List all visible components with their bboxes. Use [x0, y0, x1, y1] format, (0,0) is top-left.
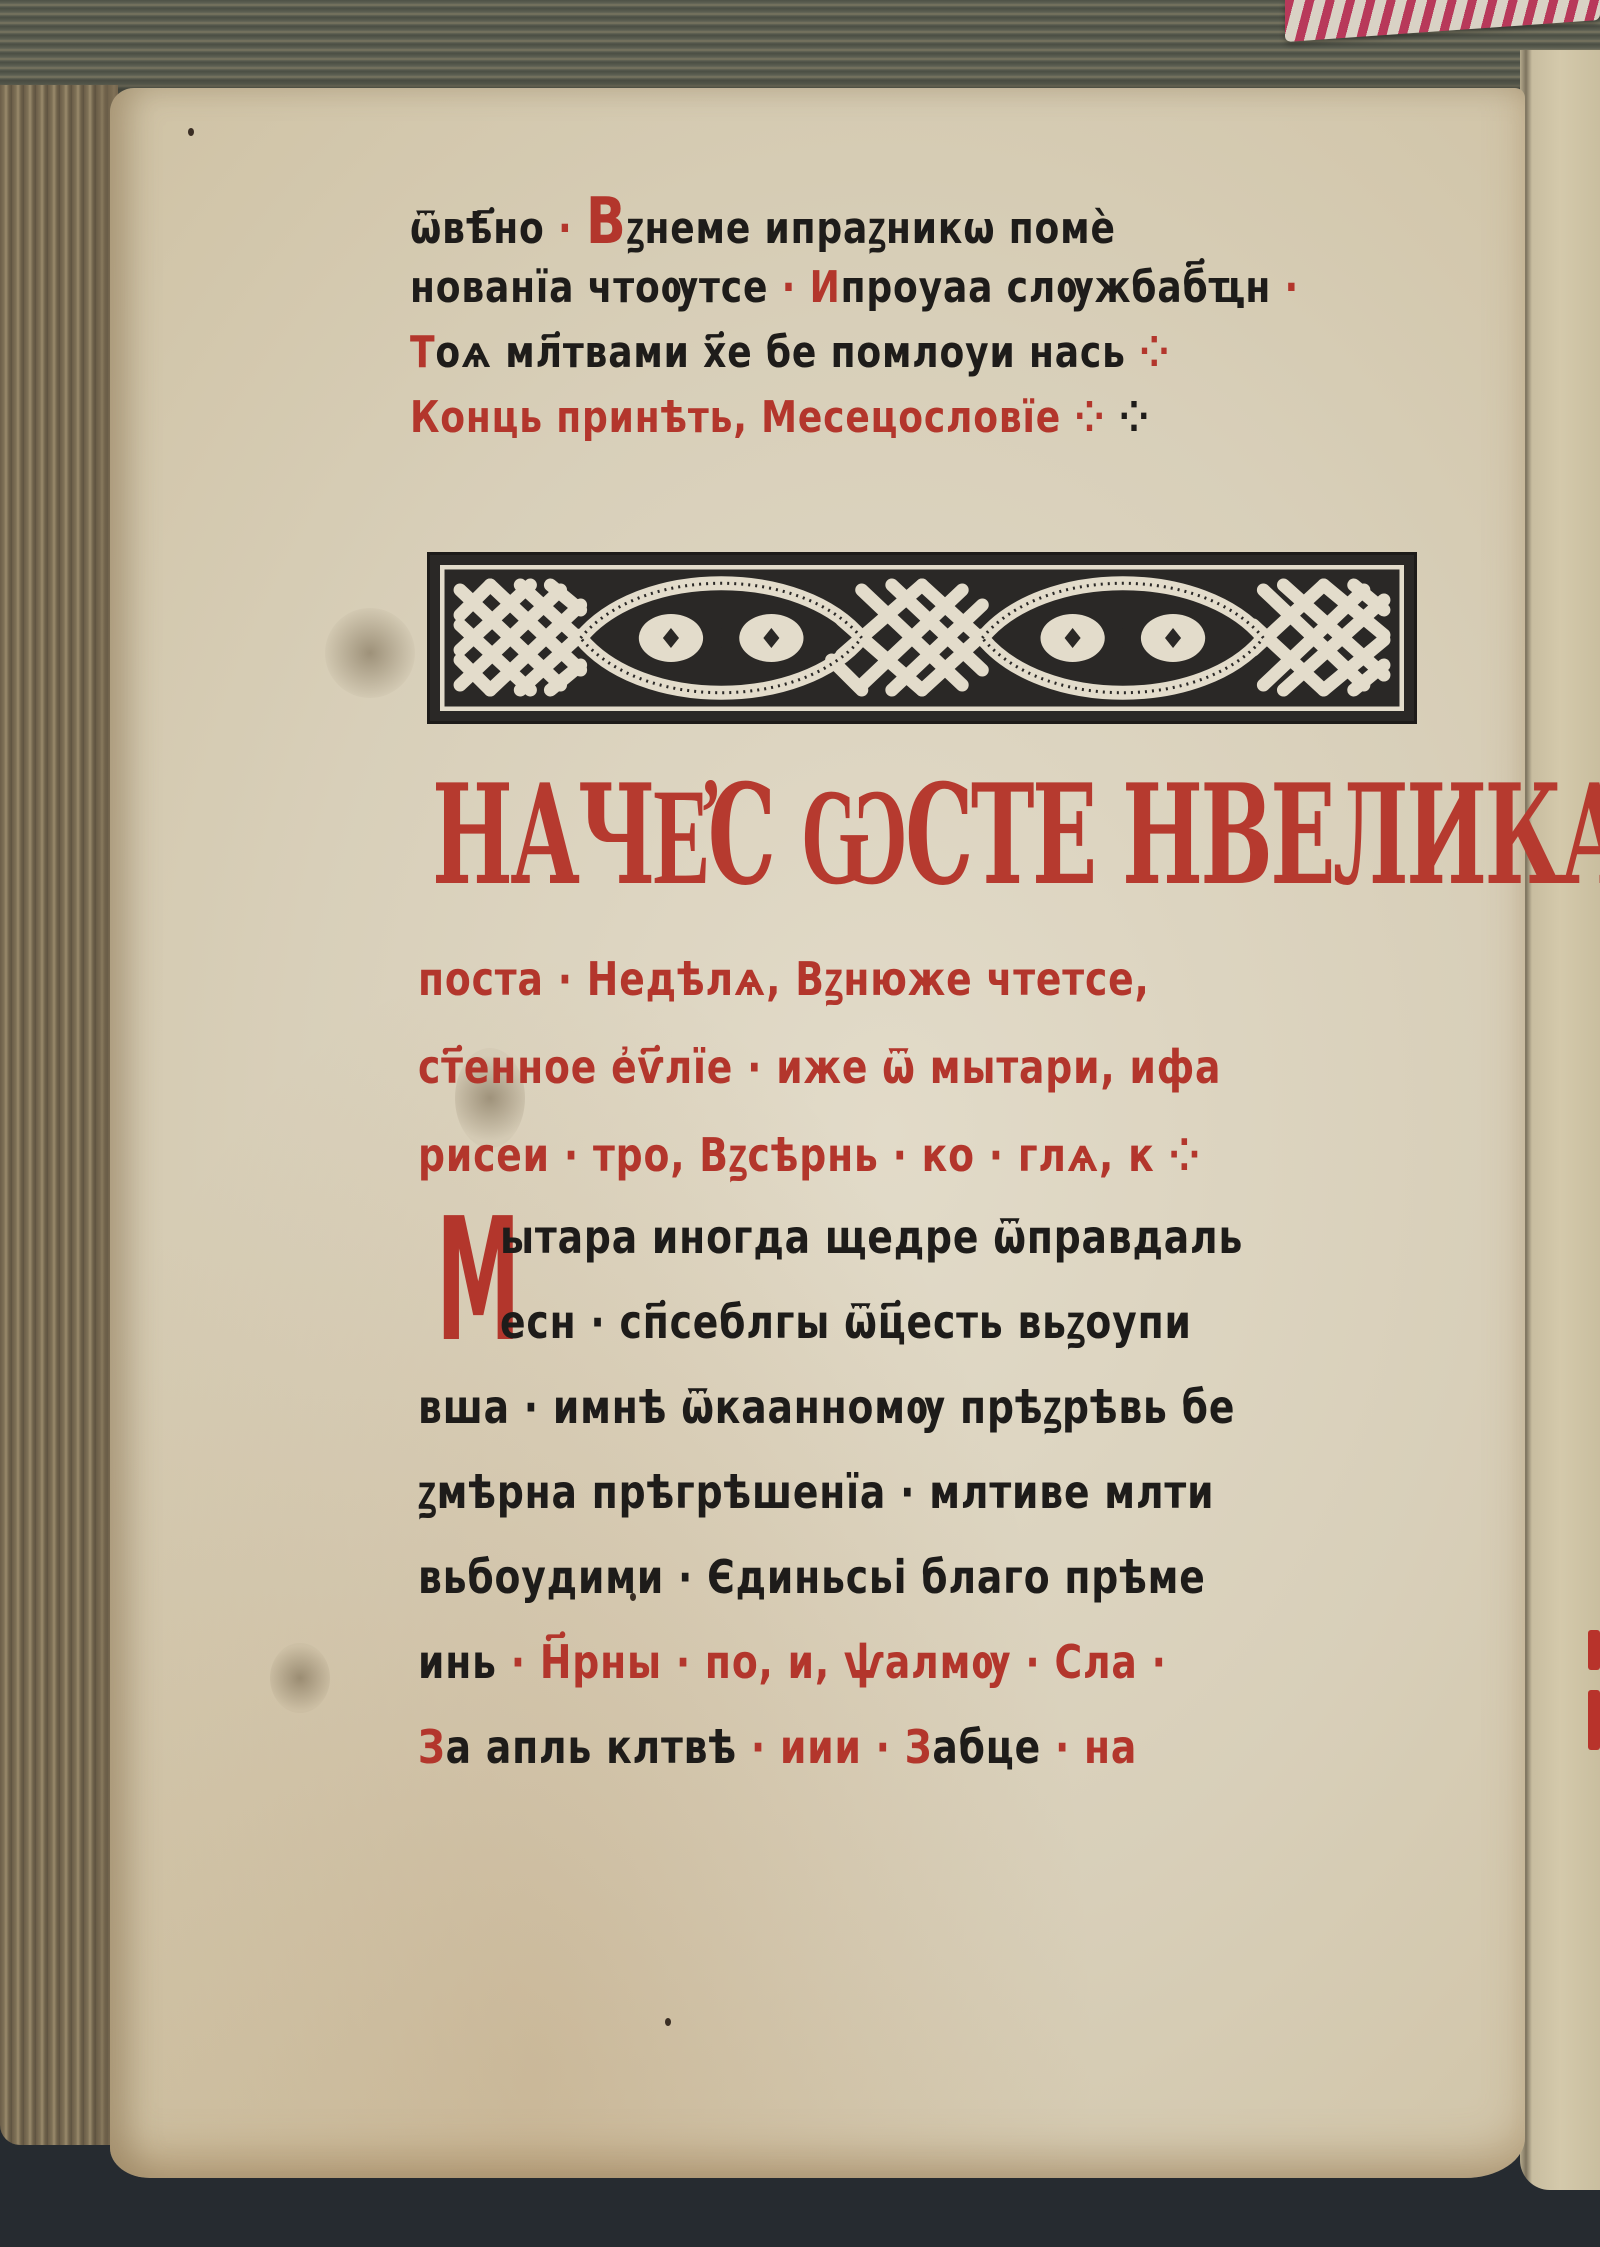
text-run: нованїа чтоѹтсе [410, 262, 768, 313]
text-run: проуаа слѹжбаб҃ҵн [841, 262, 1272, 313]
text-run: инь [418, 1635, 497, 1689]
text-run: · [545, 203, 586, 254]
text-run: вша · имнѣ ѿкаанномѹ прѣꙁрѣвь бе [418, 1380, 1235, 1434]
text-run: · И [768, 262, 840, 313]
text-line: инь · Н҃рны · по, и, ѱалмѹ · Сла · [418, 1620, 1271, 1705]
text-run: абце [932, 1720, 1041, 1774]
red-initial: З [418, 1720, 446, 1774]
bottom-text-block: ытара иногда щедре ѿправдаль есн · сп҃се… [418, 1195, 1458, 1790]
text-run: вьбоудими · Єдиньсьі благо прѣме [418, 1550, 1206, 1604]
text-line-red-2: ст҃енное е҆ѵ҃лїе · иже ѿ мытари, ифа [418, 1023, 1271, 1111]
left-page-edges [0, 85, 118, 2145]
text-line: вьбоудими · Єдиньсьі благо прѣме [418, 1535, 1271, 1620]
text-line: вша · имнѣ ѿкаанномѹ прѣꙁрѣвь бе [418, 1365, 1271, 1450]
text-run: ытара иногда щедре ѿправдаль [500, 1210, 1243, 1264]
facing-page-edge [1520, 50, 1600, 2190]
top-text-block: ѿвѣ҃но · Вꙁнеме ипраꙁникѡ помѐ нованїа ч… [410, 190, 1450, 450]
middle-text-block: поста · Недѣлѧ, Вꙁнюже чтетсе, ст҃енное … [418, 935, 1458, 1199]
interlace-ornament-icon [440, 565, 1404, 711]
text-line-2: нованїа чтоѹтсе · Ипроуаа слѹжбаб҃ҵн · [410, 255, 1263, 320]
text-line: ытара иногда щедре ѿправдаль [418, 1195, 1271, 1280]
stain-spot [325, 608, 415, 698]
text-line: За апль клтвѣ · иии · Забце · на [418, 1705, 1271, 1790]
fleuron-icon: ⁘ [1126, 327, 1170, 378]
text-line: ꙁмѣрна прѣгрѣшенїа · млтиве млти [418, 1450, 1271, 1535]
text-line-4: Конць принѣть, Месецословїе ⁘ ⁘ [410, 385, 1263, 450]
fleuron-icon: ⁘ [1105, 392, 1149, 443]
red-initial: Т [410, 327, 435, 378]
facing-page-red-mark [1588, 1630, 1600, 1670]
text-run: Конць принѣть, Месецословїе [410, 392, 1061, 443]
text-run: · Н҃рны · по, и, ѱалмѹ · Сла · [497, 1635, 1167, 1689]
text-line: есн · сп҃себлгы ѿц҃есть вьꙁоупи [418, 1280, 1271, 1365]
text-run: · на [1041, 1720, 1137, 1774]
red-initial: В [586, 185, 627, 259]
interlace-headpiece [427, 552, 1417, 724]
text-run: оѧ мл҃твами х҃е бе помлоуи нась [435, 327, 1125, 378]
text-run: ꙁмѣрна прѣгрѣшенїа · млтиве млти [418, 1465, 1214, 1519]
fleuron-icon: ⁘ [1061, 392, 1105, 443]
text-run: · иии · З [737, 1720, 932, 1774]
text-run: · [1271, 262, 1299, 313]
text-run: ꙁнеме ипраꙁникѡ помѐ [627, 203, 1116, 254]
speck [665, 2018, 671, 2026]
text-line-red-1: поста · Недѣлѧ, Вꙁнюже чтетсе, [418, 935, 1271, 1023]
speck [188, 128, 194, 136]
text-run: есн · сп҃себлгы ѿц҃есть вьꙁоупи [500, 1295, 1192, 1349]
red-title-heading: НАЧЕ҆С ѠСТЕ НВЕЛИКАГ [432, 760, 1052, 910]
text-run: ѿвѣ҃но [410, 203, 545, 254]
stain-spot [270, 1643, 330, 1713]
text-line-3: Тоѧ мл҃твами х҃е бе помлоуи нась ⁘ [410, 320, 1263, 385]
facing-page-red-mark [1588, 1690, 1600, 1750]
text-line-1: ѿвѣ҃но · Вꙁнеме ипраꙁникѡ помѐ [410, 190, 1263, 255]
text-line-red-3: рисеи · тро, Вꙁсѣрнь · ко · глѧ, к ⁘ [418, 1111, 1271, 1199]
text-run: а апль клтвѣ [446, 1720, 737, 1774]
